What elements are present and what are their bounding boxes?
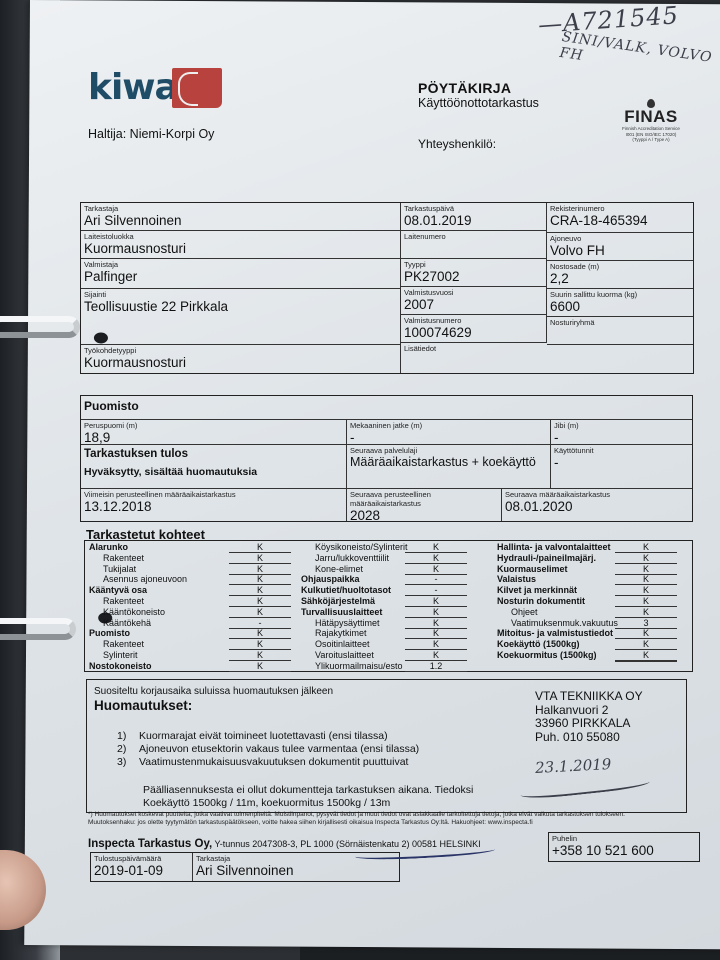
remark-number: 2) xyxy=(117,743,139,756)
field-label: Tulostuspäivämäärä xyxy=(94,854,189,863)
field-value: CRA-18-465394 xyxy=(550,213,690,229)
remark-text: Vaatimustenmukaisuusvakuutuksen dokument… xyxy=(139,756,408,768)
footnote-line: *) Huomautukset koskevat puutteita, jotk… xyxy=(88,811,688,819)
checklist-item: Hallinta- ja valvontalaitteet xyxy=(497,542,611,552)
company-stamp: VTA TEKNIIKKA OY Halkanvuori 2 33960 PIR… xyxy=(535,690,643,744)
checklist-mark: K xyxy=(229,639,291,650)
kiwa-logo: kiwa xyxy=(88,68,222,108)
remark-text: Kuormarajat eivät toimineet luotettavast… xyxy=(139,730,388,742)
checklist-mark: K xyxy=(615,607,677,618)
field-manufacturer: Valmistaja Palfinger xyxy=(81,259,401,289)
checklist-item: Turvallisuuslaitteet xyxy=(301,607,382,617)
field-jib: Jibi (m) - xyxy=(551,420,692,445)
checklist-mark: K xyxy=(405,564,467,575)
remark-item: 1)Kuormarajat eivät toimineet luotettava… xyxy=(117,730,419,743)
checklist-mark: K xyxy=(615,596,677,607)
checklist-table: AlarunkoKRakenteetKTukijalatKAsennus ajo… xyxy=(84,540,693,672)
field-label: Laiteistoluokka xyxy=(84,232,397,241)
checklist-mark: K xyxy=(615,639,677,650)
field-next-service: Seuraava palvelulaji Määräaikaistarkastu… xyxy=(347,445,551,489)
checklist-item: Nostokoneisto xyxy=(89,661,152,671)
kiwa-seal-icon xyxy=(172,68,222,108)
checklist-mark: K xyxy=(405,639,467,650)
correction-time-note: Suositeltu korjausaika suluissa huomautu… xyxy=(94,686,333,697)
field-value: 2007 xyxy=(404,297,543,313)
field-label: Laitenumero xyxy=(404,232,543,241)
field-value: +358 10 521 600 xyxy=(552,843,696,859)
checklist-mark: - xyxy=(405,574,467,585)
checklist-mark: K xyxy=(615,585,677,596)
field-label: Tyyppi xyxy=(404,260,543,269)
checklist-mark: 3 xyxy=(615,618,677,629)
field-label: Ajoneuvo xyxy=(550,234,690,243)
field-label: Nosturiryhmä xyxy=(550,318,690,327)
checklist-mark: K xyxy=(615,574,677,585)
field-label: Valmistaja xyxy=(84,260,397,269)
field-vehicle: Ajoneuvo Volvo FH xyxy=(547,233,693,261)
remark-number: 1) xyxy=(117,730,139,743)
field-value: Määräaikaistarkastus + koekäyttö xyxy=(350,455,547,470)
field-next-thorough-inspection: Seuraava perusteellinen määräaikaistarka… xyxy=(347,489,502,521)
checklist-item: Hydrauli-/paineilmajärj. xyxy=(497,553,596,563)
remark-item: 3)Vaatimustenmukaisuusvakuutuksen dokume… xyxy=(117,756,419,769)
field-type: Tyyppi PK27002 xyxy=(401,259,547,287)
field-max-load: Suurin sallittu kuorma (kg) 6600 xyxy=(547,289,693,317)
field-label: Tarkastaja xyxy=(84,204,397,213)
owner: Haltija: Niemi-Korpi Oy xyxy=(88,127,214,141)
field-value: 100074629 xyxy=(404,325,543,341)
checklist-item: Rajakytkimet xyxy=(315,628,367,638)
footer-table: Tulostuspäivämäärä 2019-01-09 Tarkastaja… xyxy=(90,852,400,882)
field-value: Kuormausnosturi xyxy=(84,355,397,371)
field-label: Seuraava palvelulaji xyxy=(350,446,547,455)
field-inspector: Tarkastaja Ari Silvennoinen xyxy=(81,203,401,231)
field-label: Työkohdetyyppi xyxy=(84,346,397,355)
checklist-item: Kilvet ja merkinnät xyxy=(497,585,577,595)
checklist-item: Sylinterit xyxy=(103,650,138,660)
field-label: Rekisterinumero xyxy=(550,204,690,213)
field-value: 6600 xyxy=(550,299,690,315)
document-subtitle: Käyttöönottotarkastus xyxy=(418,96,539,110)
field-value: - xyxy=(554,430,689,446)
checklist-mark: K xyxy=(615,564,677,575)
field-device-class: Laiteistoluokka Kuormausnosturi xyxy=(81,231,401,259)
checklist-item: Kulkutiet/huoltotasot xyxy=(301,585,391,595)
remarks-list: 1)Kuormarajat eivät toimineet luotettava… xyxy=(117,730,419,769)
stamp-company-name: VTA TEKNIIKKA OY xyxy=(535,690,643,704)
field-crane-group: Nosturiryhmä xyxy=(547,317,693,345)
field-value: PK27002 xyxy=(404,269,543,285)
field-label: Seuraava perusteellinen määräaikaistarka… xyxy=(350,490,450,508)
checklist-mark: K xyxy=(615,628,677,639)
finas-logo: FINAS Finnish Accreditation Service I001… xyxy=(611,99,691,143)
checklist-mark: - xyxy=(405,585,467,596)
field-label: Viimeisin perusteellinen määräaikaistark… xyxy=(84,490,343,499)
checklist-mark: K xyxy=(405,618,467,629)
checklist-item: Ylikuormailmaisu/esto xyxy=(315,661,403,671)
checklist-mark: K xyxy=(229,661,291,672)
field-value: - xyxy=(350,430,547,446)
field-value: 08.01.2020 xyxy=(505,499,689,515)
checklist-item: Valaistus xyxy=(497,574,536,584)
checklist-mark: K xyxy=(229,596,291,607)
checklist-item: Köysikoneisto/Sylinterit xyxy=(315,542,408,552)
field-value: 08.01.2019 xyxy=(404,213,543,229)
field-value: 2019-01-09 xyxy=(94,863,189,879)
checklist-mark: K xyxy=(405,607,467,618)
field-additional-info: Lisätiedot xyxy=(401,343,693,373)
checklist-item: Kääntökoneisto xyxy=(103,607,165,617)
binder-ring-icon xyxy=(0,618,76,640)
company-name: Inspecta Tarkastus Oy, xyxy=(88,838,212,850)
field-value: 2028 xyxy=(350,508,498,524)
field-value: Volvo FH xyxy=(550,243,690,259)
finas-line: Finnish Accreditation Service xyxy=(611,126,691,132)
checklist-mark: K xyxy=(615,553,677,564)
checklist-item: Sähköjärjestelmä xyxy=(301,596,375,606)
checklist-mark: K xyxy=(229,585,291,596)
stamp-city: 33960 PIRKKALA xyxy=(535,717,643,731)
checklist-mark: K xyxy=(615,650,677,661)
checklist-item: Nosturin dokumentit xyxy=(497,596,585,606)
checklist-mark: K xyxy=(405,650,467,661)
boom-section-header: Puomisto xyxy=(81,396,692,420)
contact-person-label: Yhteyshenkilö: xyxy=(418,137,496,151)
checklist-mark: 1.2 xyxy=(405,661,467,672)
stamp-phone: Puh. 010 55080 xyxy=(535,731,643,745)
checklist-item: Vaatimuksenmuk.vakuutus xyxy=(511,618,618,628)
document-title: PÖYTÄKIRJA xyxy=(418,80,511,96)
field-value: Palfinger xyxy=(84,269,397,285)
field-value: 18,9 xyxy=(84,430,343,446)
field-value: 2,2 xyxy=(550,271,690,287)
checklist-mark: K xyxy=(615,542,677,553)
footnote: *) Huomautukset koskevat puutteita, jotk… xyxy=(88,811,688,827)
checklist-mark: K xyxy=(229,650,291,661)
field-label: Seuraava määräaikaistarkastus xyxy=(505,490,689,499)
checklist-item: Kuormauselimet xyxy=(497,564,568,574)
remarks-box: Suositeltu korjausaika suluissa huomautu… xyxy=(86,679,687,813)
stamp-street: Halkanvuori 2 xyxy=(535,704,643,718)
field-inspection-date: Tarkastuspäivä 08.01.2019 xyxy=(401,203,547,231)
field-label: Valmistusnumero xyxy=(404,316,543,325)
checklist-item: Tukijalat xyxy=(103,564,136,574)
field-value: Teollisuustie 22 Pirkkala xyxy=(84,299,397,315)
checklist-mark: K xyxy=(229,574,291,585)
checklist-item: Ohjeet xyxy=(511,607,538,617)
checklist-mark xyxy=(615,661,677,662)
field-label: Peruspuomi (m) xyxy=(84,421,343,430)
remark-item: 2)Ajoneuvon etusektorin vakaus tulee var… xyxy=(117,743,419,756)
remarks-extra-line: Koekäyttö 1500kg / 11m, koekuormitus 150… xyxy=(143,797,473,810)
checklist-item: Rakenteet xyxy=(103,596,144,606)
field-value: Kuormausnosturi xyxy=(84,241,397,257)
field-phone: Puhelin +358 10 521 600 xyxy=(549,833,699,861)
field-label: Puhelin xyxy=(552,834,696,843)
remarks-extra: Päälliasennuksesta ei ollut dokumentteja… xyxy=(143,784,473,810)
field-label: Jibi (m) xyxy=(554,421,689,430)
field-base-boom: Peruspuomi (m) 18,9 xyxy=(81,420,347,445)
kiwa-logo-text: kiwa xyxy=(88,70,178,106)
field-value: - xyxy=(554,455,689,471)
field-device-number: Laitenumero xyxy=(401,231,547,259)
field-label: Nostosade (m) xyxy=(550,262,690,271)
field-label: Valmistusvuosi xyxy=(404,288,543,297)
finas-line: (Tyyppi A / Type A) xyxy=(611,137,691,143)
inspection-result: Tarkastuksen tulos Hyväksytty, sisältää … xyxy=(81,445,347,489)
binder-ring-icon xyxy=(0,316,80,338)
checklist-item: Jarru/lukkoventtiilit xyxy=(315,553,389,563)
checklist-item: Hätäpysäyttimet xyxy=(315,618,380,628)
checklist-item: Rakenteet xyxy=(103,553,144,563)
field-last-thorough-inspection: Viimeisin perusteellinen määräaikaistark… xyxy=(81,489,347,521)
remarks-title: Huomautukset: xyxy=(94,698,192,713)
result-value: Hyväksytty, sisältää huomautuksia xyxy=(84,466,343,478)
checklist-item: Kääntyvä osa xyxy=(89,585,147,595)
field-serial: Valmistusnumero 100074629 xyxy=(401,315,547,343)
checklist-mark: K xyxy=(405,628,467,639)
equipment-info-table: Tarkastaja Ari Silvennoinen Tarkastuspäi… xyxy=(80,202,694,374)
checklist-item: Kääntökehä xyxy=(103,618,151,628)
field-value: 13.12.2018 xyxy=(84,499,343,515)
field-label: Käyttötunnit xyxy=(554,446,689,455)
checklist-item: Mitoitus- ja valmistustiedot xyxy=(497,628,613,638)
checklist-mark: K xyxy=(229,607,291,618)
field-operating-hours: Käyttötunnit - xyxy=(551,445,692,489)
checklist-item: Kone-elimet xyxy=(315,564,363,574)
checklist-mark: K xyxy=(405,596,467,607)
field-label: Tarkastuspäivä xyxy=(404,204,543,213)
field-label: Suurin sallittu kuorma (kg) xyxy=(550,290,690,299)
checklist-item: Alarunko xyxy=(89,542,128,552)
result-title: Tarkastuksen tulos xyxy=(84,448,343,460)
checklist-item: Asennus ajoneuvoon xyxy=(103,574,187,584)
field-value: Ari Silvennoinen xyxy=(196,863,395,879)
field-work-type: Työkohdetyyppi Kuormausnosturi xyxy=(81,345,401,373)
field-label: Mekaaninen jatke (m) xyxy=(350,421,547,430)
boom-result-table: Puomisto Peruspuomi (m) 18,9 Mekaaninen … xyxy=(80,395,693,522)
checklist-item: Koekuormitus (1500kg) xyxy=(497,650,597,660)
field-location: Sijainti Teollisuustie 22 Pirkkala xyxy=(81,289,401,345)
field-label: Lisätiedot xyxy=(404,344,690,353)
field-lift-height: Nostosade (m) 2,2 xyxy=(547,261,693,289)
field-next-periodic-inspection: Seuraava määräaikaistarkastus 08.01.2020 xyxy=(502,489,692,521)
checklist-mark: K xyxy=(405,553,467,564)
field-year: Valmistusvuosi 2007 xyxy=(401,287,547,315)
footer-phone-box: Puhelin +358 10 521 600 xyxy=(548,832,700,862)
checklist-item: Koekäyttö (1500kg) xyxy=(497,639,580,649)
field-mechanical-extension: Mekaaninen jatke (m) - xyxy=(347,420,551,445)
remark-number: 3) xyxy=(117,756,139,769)
checklist-mark: - xyxy=(229,618,291,629)
field-label: Sijainti xyxy=(84,290,397,299)
remarks-extra-line: Päälliasennuksesta ei ollut dokumentteja… xyxy=(143,784,473,797)
section-title: Puomisto xyxy=(84,399,139,413)
checklist-item: Rakenteet xyxy=(103,639,144,649)
remark-text: Ajoneuvon etusektorin vakaus tulee varme… xyxy=(139,743,419,755)
checklist-mark: K xyxy=(229,564,291,575)
checklist-item: Ohjauspaikka xyxy=(301,574,360,584)
checklist-item: Osoitinlaitteet xyxy=(315,639,370,649)
checklist-item: Varoituslaitteet xyxy=(315,650,374,660)
checklist-mark: K xyxy=(229,553,291,564)
finas-logo-text: FINAS xyxy=(611,108,691,126)
field-registration: Rekisterinumero CRA-18-465394 xyxy=(547,203,693,233)
checklist-mark: K xyxy=(229,542,291,553)
checklist-mark: K xyxy=(229,628,291,639)
field-value: Ari Silvennoinen xyxy=(84,213,397,229)
footnote-line: Muutoksenhaku: jos olette tyytymätön tar… xyxy=(88,819,688,827)
field-print-date: Tulostuspäivämäärä 2019-01-09 xyxy=(91,853,193,881)
checklist-item: Puomisto xyxy=(89,628,130,638)
checklist-mark: K xyxy=(405,542,467,553)
